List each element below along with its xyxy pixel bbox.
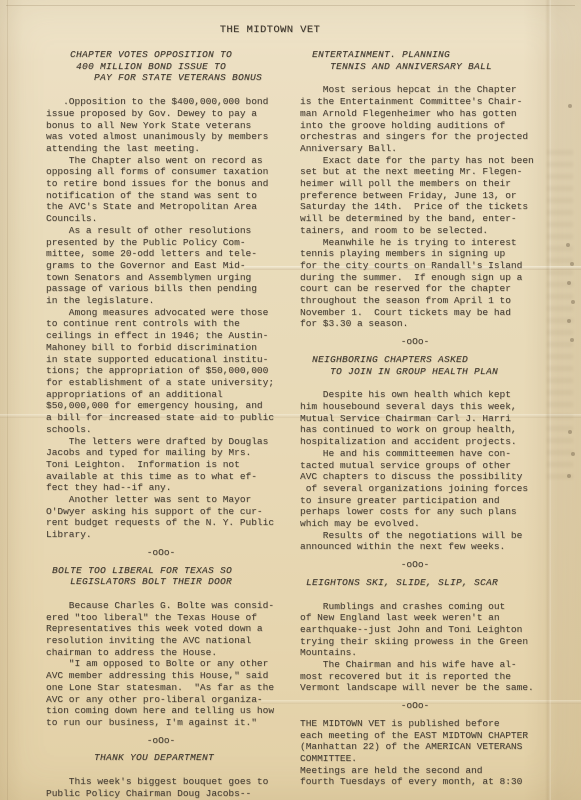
page-content: THE MIDTOWN VET CHAPTER VOTES OPPOSITION…: [0, 24, 581, 799]
paragraph: As a result of other resolutions present…: [46, 225, 290, 307]
section-divider: -oOo-: [46, 735, 276, 747]
section-divider: -oOo-: [300, 336, 530, 348]
paragraph: Rumblings and crashes coming out of New …: [300, 601, 570, 660]
article-heading: CHAPTER VOTES OPPOSITION TO 400 MILLION …: [46, 49, 290, 84]
two-column-layout: CHAPTER VOTES OPPOSITION TO 400 MILLION …: [0, 49, 581, 799]
paragraph: Meanwhile he is trying to interest tenni…: [300, 237, 570, 331]
article-heading: ENTERTAINMENT. PLANNING TENNIS AND ANNIV…: [300, 49, 570, 72]
article: NEIGHBORING CHAPTERS ASKED TO JOIN IN GR…: [300, 354, 570, 553]
paper-edge-line-top: [6, 5, 575, 6]
paragraph: The Chapter also went on record as oppos…: [46, 155, 290, 225]
newsletter-page: THE MIDTOWN VET CHAPTER VOTES OPPOSITION…: [0, 0, 581, 800]
section-divider: -oOo-: [46, 547, 276, 559]
article-heading: THANK YOU DEPARTMENT: [46, 752, 290, 764]
paragraph: This week's biggest bouquet goes to Publ…: [46, 776, 290, 799]
section-divider: -oOo-: [300, 700, 530, 712]
paragraph: The Chairman and his wife have al- most …: [300, 659, 570, 694]
article-heading: NEIGHBORING CHAPTERS ASKED TO JOIN IN GR…: [300, 354, 570, 377]
paragraph: Meetings are held the second and fourth …: [300, 765, 570, 788]
left-column: CHAPTER VOTES OPPOSITION TO 400 MILLION …: [46, 49, 290, 799]
paragraph: .Opposition to the $400,000,000 bond iss…: [46, 96, 290, 155]
section-divider: -oOo-: [300, 559, 530, 571]
article: LEIGHTONS SKI, SLIDE, SLIP, SCAR Rumblin…: [300, 577, 570, 694]
paragraph: Because Charles G. Bolte was consid- ere…: [46, 600, 290, 659]
article-heading: BOLTE TOO LIBERAL FOR TEXAS SO LEGISLATO…: [46, 565, 290, 588]
paragraph: Exact date for the party has not been se…: [300, 155, 570, 237]
article-heading: LEIGHTONS SKI, SLIDE, SLIP, SCAR: [300, 577, 570, 589]
paragraph: "I am opposed to Bolte or any other AVC …: [46, 658, 290, 728]
paragraph: He and his committeemen have con- tacted…: [300, 448, 570, 530]
article: ENTERTAINMENT. PLANNING TENNIS AND ANNIV…: [300, 49, 570, 330]
paragraph: Results of the negotiations will be anno…: [300, 530, 570, 553]
article: BOLTE TOO LIBERAL FOR TEXAS SO LEGISLATO…: [46, 565, 290, 729]
article: THE MIDTOWN VET is published before each…: [300, 718, 570, 788]
right-column: ENTERTAINMENT. PLANNING TENNIS AND ANNIV…: [300, 49, 570, 799]
article: CHAPTER VOTES OPPOSITION TO 400 MILLION …: [46, 49, 290, 541]
page-title: THE MIDTOWN VET: [0, 24, 540, 36]
article: THANK YOU DEPARTMENT This week's biggest…: [46, 752, 290, 799]
paragraph: Despite his own health which kept him ho…: [300, 389, 570, 448]
paragraph: Most serious hepcat in the Chapter is th…: [300, 84, 570, 154]
paragraph: Another letter was sent to Mayor O'Dwyer…: [46, 494, 290, 541]
paragraph: Among measures advocated were those to c…: [46, 307, 290, 436]
paragraph: THE MIDTOWN VET is published before each…: [300, 718, 570, 765]
paragraph: The letters were drafted by Douglas Jaco…: [46, 436, 290, 495]
